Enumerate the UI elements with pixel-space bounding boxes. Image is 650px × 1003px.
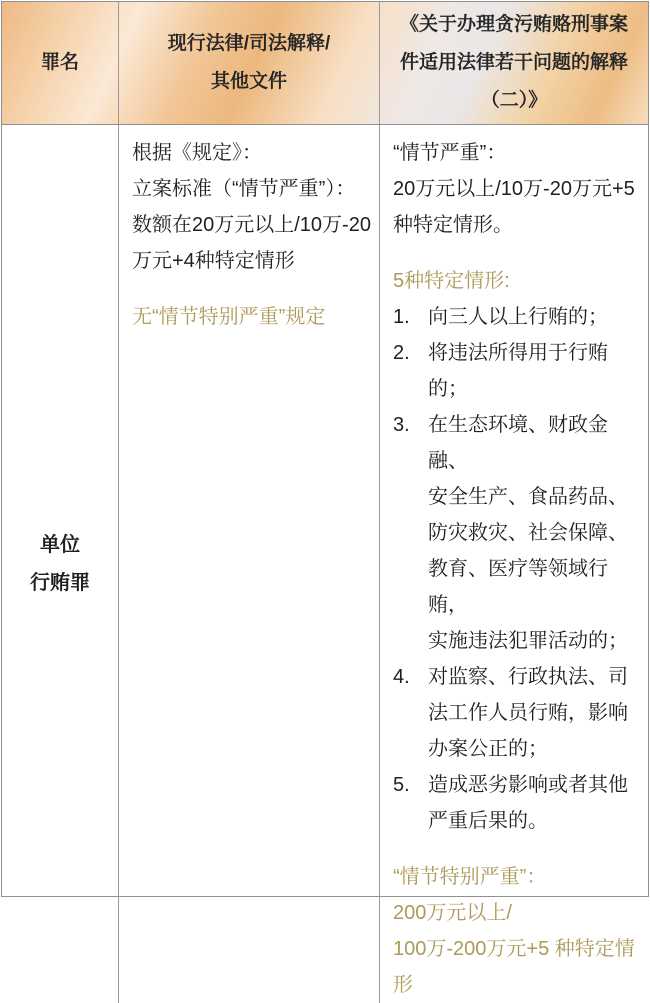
paragraph-gap bbox=[393, 243, 640, 263]
current-law-no-very-serious-note: 无“情节特别严重”规定 bbox=[132, 299, 371, 335]
cell-current-law: 根据《规定》： 立案标准（“情节严重”）： 数额在20万元以上/10万-20 万… bbox=[119, 125, 380, 1003]
list-item-number: 3. bbox=[393, 407, 428, 659]
header-crime-name: 罪名 bbox=[2, 2, 119, 124]
list-item-text: 在生态环境、财政金融、 安全生产、食品药品、 防灾救灾、社会保障、 教育、医疗等… bbox=[428, 407, 640, 659]
list-item-number: 1. bbox=[393, 299, 428, 335]
list-item-text: 将违法所得用于行贿的； bbox=[428, 335, 640, 407]
list-item-number: 4. bbox=[393, 659, 428, 767]
list-item-number: 2. bbox=[393, 335, 428, 407]
list-item: 1. 向三人以上行贿的； bbox=[393, 299, 640, 335]
very-serious-circumstances-standard: “情节特别严重”： 200万元以上/ 100万-200万元+5 种特定情 形 bbox=[393, 859, 640, 1003]
table-header-row: 罪名 现行法律/司法解释/ 其他文件 《关于办理贪污贿赂刑事案 件适用法律若干问… bbox=[2, 2, 648, 125]
five-circumstances-heading: 5种特定情形: bbox=[393, 263, 640, 299]
list-item: 3. 在生态环境、财政金融、 安全生产、食品药品、 防灾救灾、社会保障、 教育、… bbox=[393, 407, 640, 659]
list-item-text: 向三人以上行贿的； bbox=[428, 299, 640, 335]
table-body-row: 单位 行贿罪 根据《规定》： 立案标准（“情节严重”）： 数额在20万元以上/1… bbox=[2, 125, 648, 1003]
list-item-number: 5. bbox=[393, 767, 428, 839]
header-current-law: 现行法律/司法解释/ 其他文件 bbox=[119, 2, 380, 124]
paragraph-gap bbox=[393, 839, 640, 859]
serious-circumstances-standard: “情节严重”： 20万元以上/10万-20万元+5 种特定情形。 bbox=[393, 135, 640, 243]
list-item: 5. 造成恶劣影响或者其他 严重后果的。 bbox=[393, 767, 640, 839]
list-item-text: 对监察、行政执法、司 法工作人员行贿，影响 办案公正的； bbox=[428, 659, 640, 767]
cell-crime-name: 单位 行贿罪 bbox=[2, 125, 119, 1003]
paragraph-gap bbox=[132, 279, 371, 299]
list-item: 2. 将违法所得用于行贿的； bbox=[393, 335, 640, 407]
header-interpretation-ii: 《关于办理贪污贿赂刑事案 件适用法律若干问题的解释 （二）》 bbox=[380, 2, 648, 124]
list-item: 4. 对监察、行政执法、司 法工作人员行贿，影响 办案公正的； bbox=[393, 659, 640, 767]
cell-interpretation-ii: “情节严重”： 20万元以上/10万-20万元+5 种特定情形。 5种特定情形:… bbox=[380, 125, 648, 1003]
current-law-filing-standard: 根据《规定》： 立案标准（“情节严重”）： 数额在20万元以上/10万-20 万… bbox=[132, 135, 371, 279]
five-circumstances-list: 1. 向三人以上行贿的； 2. 将违法所得用于行贿的； 3. 在生态环境、财政金… bbox=[393, 299, 640, 839]
law-comparison-table: 罪名 现行法律/司法解释/ 其他文件 《关于办理贪污贿赂刑事案 件适用法律若干问… bbox=[1, 1, 649, 897]
list-item-text: 造成恶劣影响或者其他 严重后果的。 bbox=[428, 767, 640, 839]
